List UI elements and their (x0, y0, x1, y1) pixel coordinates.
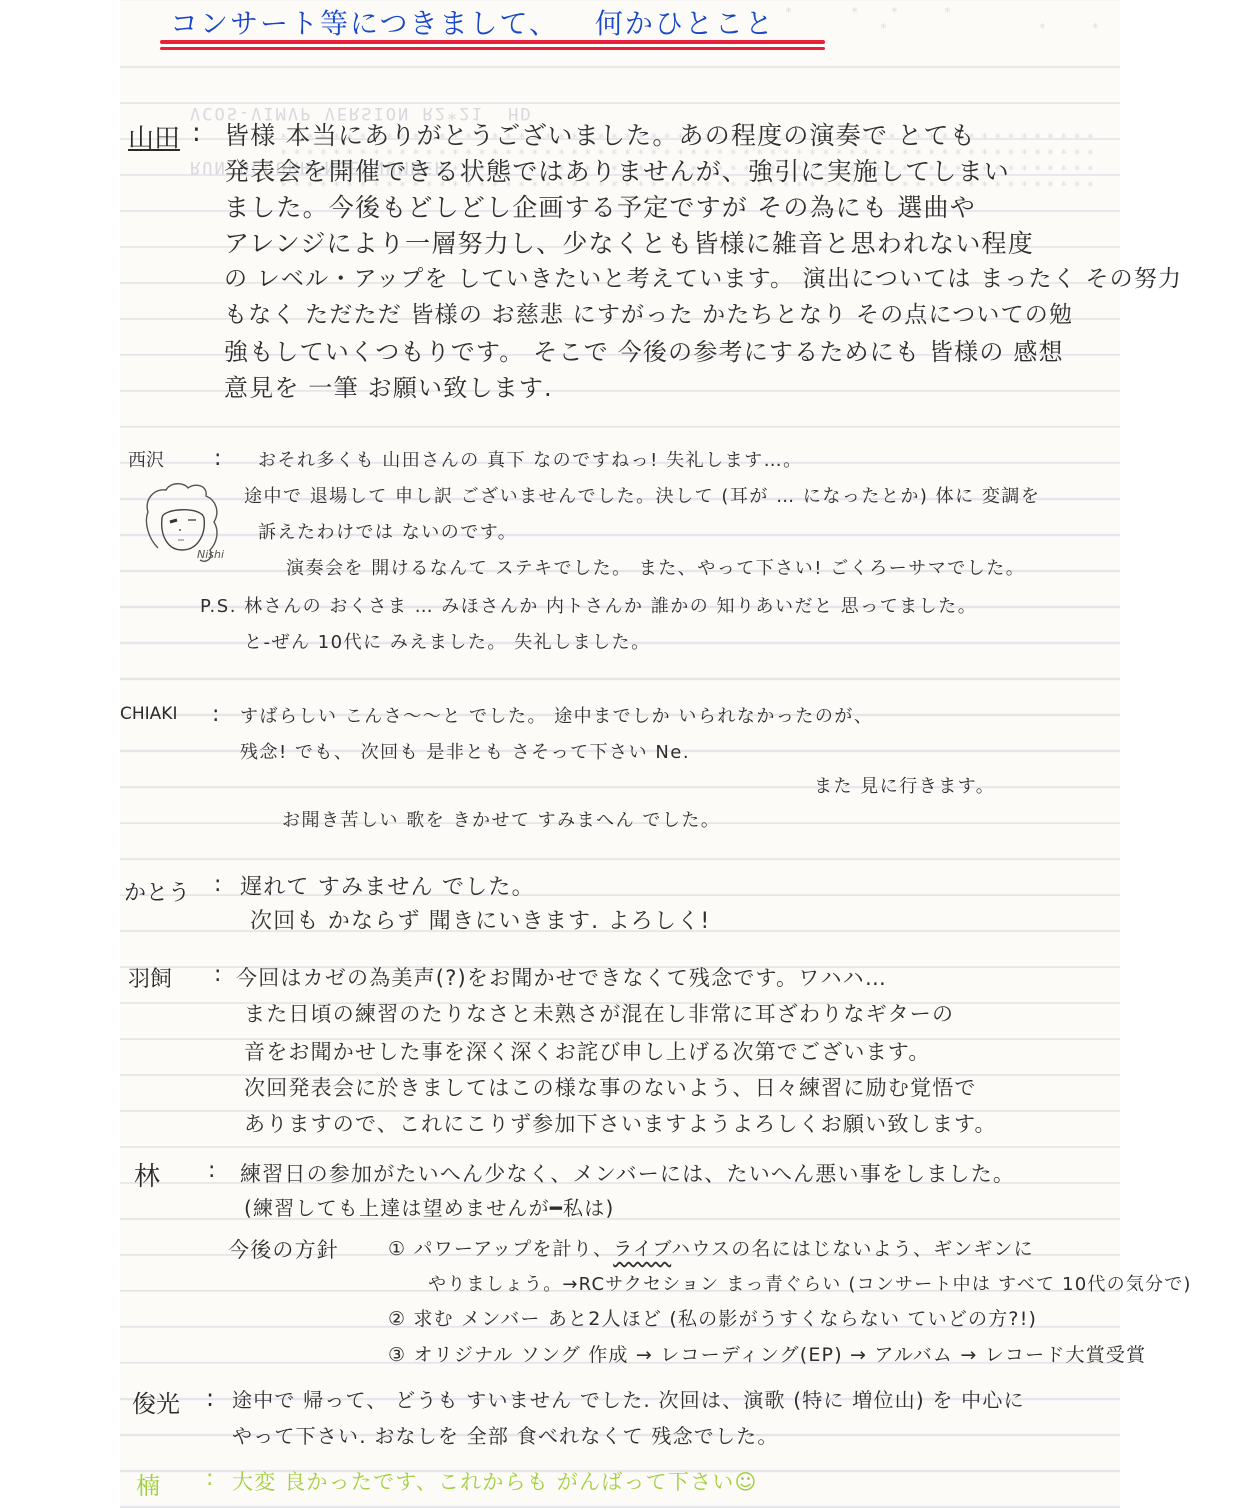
colon: : (214, 446, 221, 471)
entry-line: (練習しても上達は望めませんが━私は) (244, 1192, 614, 1221)
entry-line: 途中で 帰って、 どうも すいません でした. 次回は、演歌 (特に 増位山) … (232, 1384, 1025, 1413)
sketch-signature: Nishi (197, 548, 224, 561)
entry-line: 発表会を開催できる状態ではありませんが、強引に実施してしまい (224, 152, 1010, 188)
page-title: コンサート等につきまして、何かひとこと (170, 2, 775, 42)
entry-name: 山田 (128, 118, 180, 155)
title-underline-2 (160, 47, 825, 50)
entry-name: 楠 (136, 1466, 160, 1501)
entry-line: 残念! でも、 次回も 是非とも さそって下さい Ne. (240, 738, 690, 764)
entry-name: 林 (134, 1156, 160, 1193)
policy-text: ハウスの名にはじないよう、ギンギンに (671, 1238, 1034, 1260)
entry-line: 途中で 退場して 申し訳 ございませんでした。決して (耳が … になったとか)… (244, 482, 1040, 508)
entry-line: と-ぜん 10代に みえました。 失礼しました。 (244, 628, 651, 654)
entry-line: 今回はカゼの為美声(?)をお聞かせできなくて残念です。ワハハ… (236, 962, 887, 992)
entry-name: CHIAKI (120, 704, 177, 724)
entry-line: アレンジにより一層努力し、少なくとも皆様に雑音と思われない程度 (224, 224, 1034, 260)
policy-item-1: ① パワーアップを計り、ライブハウスの名にはじないよう、ギンギンに (388, 1234, 1034, 1261)
entry-line: 次回発表会に於きましてはこの様な事のないよう、日々練習に励む覚悟で (244, 1072, 977, 1102)
policy-item-3: ③ オリジナル ソング 作成 → レコーディング(EP) → アルバム → レコ… (388, 1340, 1146, 1367)
entry-line: 皆様 本当にありがとうございました。あの程度の演奏で とても (224, 116, 976, 152)
policy-text: 求む メンバー あと2人ほど (私の影がうすくならない ていどの方?!) (413, 1308, 1037, 1330)
policy-text: オリジナル ソング 作成 → レコーディング(EP) → アルバム → レコード… (413, 1344, 1146, 1366)
title-part-1: コンサート等につきまして、 (170, 7, 559, 40)
entry-line: 大変 良かったです、これからも がんばって下さい☺ (232, 1466, 758, 1496)
entry-line: 練習日の参加がたいへん少なく、メンバーには、たいへん悪い事をしました。 (240, 1158, 1015, 1188)
policy-marker: ① (388, 1238, 406, 1260)
entry-line: の レベル・アップを していきたいと考えています。 演出については まったく そ… (224, 260, 1182, 293)
entry-line: 演奏会を 開けるなんて ステキでした。 また、やって下さい! ごくろーサマでした… (286, 554, 1025, 580)
entry-name: 羽飼 (128, 962, 172, 993)
ghost-dots-top-2: * * * (880, 20, 1105, 36)
entry-line: やって下さい. おなしを 全部 食べれなくて 残念でした。 (232, 1420, 779, 1449)
entry-name: かとう (124, 876, 190, 907)
entry-line: 強もしていくつもりです。 そこで 今後の参考にするためにも 皆様の 感想 (224, 332, 1064, 367)
colon: : (214, 872, 221, 897)
colon: : (206, 1384, 214, 1412)
entry-name: 俊光 (132, 1384, 180, 1419)
colon: : (214, 962, 221, 987)
entry-line: お聞き苦しい 歌を きかせて すみまへん でした。 (282, 806, 720, 832)
title-part-2: 何かひとこと (595, 7, 775, 40)
entry-line: 次回も かならず 聞きにいきます. よろしく! (250, 904, 710, 935)
colon: : (192, 118, 201, 148)
entry-line: すばらしい こんさ〜〜と でした。 途中までしか いられなかったのが、 (240, 702, 873, 728)
entry-line: P.S. 林さんの おくさま … みほさんか 内トさんか 誰かの 知りあいだと … (200, 592, 977, 618)
entry-line: 遅れて すみません でした。 (240, 870, 535, 901)
entry-line: ました。今後もどしどし企画する予定ですが その為にも 選曲や (224, 188, 976, 224)
entry-line: また日頃の練習のたりなさと未熟さが混在し非常に耳ざわりなギターの (244, 998, 954, 1028)
policy-label: 今後の方針 (228, 1234, 339, 1264)
entry-name: 西沢 (128, 446, 164, 472)
entry-line: もなく ただただ 皆様の お慈悲 にすがった かたちとなり その点についての勉 (224, 296, 1073, 329)
policy-text: パワーアップを計り、 (413, 1238, 613, 1260)
entry-line: おそれ多くも 山田さんの 真下 なのですねっ! 失礼します…。 (258, 446, 803, 472)
policy-text-wavy: ライブ (613, 1238, 671, 1260)
colon: : (206, 1466, 213, 1491)
entry-line: ありますので、これにこりず参加下さいますようよろしくお願い致します。 (244, 1108, 997, 1138)
colon: : (212, 702, 219, 727)
entry-line: また 見に行きます。 (814, 772, 995, 798)
entry-line: 意見を 一筆 お願い致します. (224, 368, 553, 403)
entry-line: 訴えたわけでは ないのです。 (258, 518, 517, 544)
policy-marker: ② (388, 1308, 406, 1330)
colon: : (208, 1158, 215, 1183)
policy-item-1-cont: やりましょう。→RCサクセション まっ青ぐらい (コンサート中は すべて 10代… (428, 1270, 1192, 1296)
policy-marker: ③ (388, 1344, 406, 1366)
ghost-dots-top: * * * * (785, 4, 957, 20)
policy-item-2: ② 求む メンバー あと2人ほど (私の影がうすくならない ていどの方?!) (388, 1304, 1037, 1331)
title-underline (160, 40, 825, 44)
entry-line: 音をお聞かせした事を深く深くお詫び申し上げる次第でございます。 (244, 1036, 931, 1066)
